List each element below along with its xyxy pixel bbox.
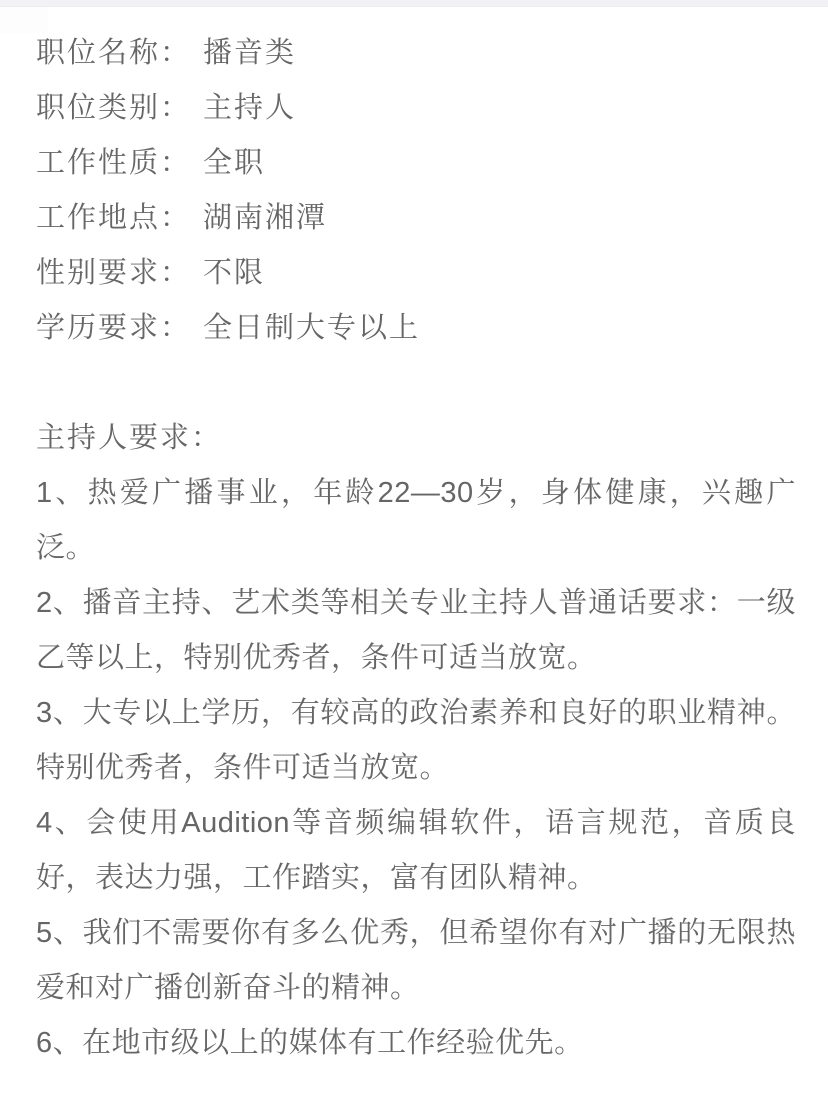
job-info-row-education: 学历要求：全日制大专以上 (36, 301, 796, 356)
job-info-row-position-name: 职位名称：播音类 (36, 26, 796, 81)
job-posting-content: 职位名称：播音类 职位类别：主持人 工作性质：全职 工作地点：湖南湘潭 性别要求… (36, 26, 796, 1071)
requirement-item-3: 3、大专以上学历，有较高的政治素养和良好的职业精神。特别优秀者，条件可适当放宽。 (36, 686, 796, 796)
field-value: 主持人 (203, 92, 296, 124)
field-colon: ： (160, 257, 191, 289)
field-value: 湖南湘潭 (203, 202, 327, 234)
job-info-row-position-category: 职位类别：主持人 (36, 81, 796, 136)
job-posting-page: 职位名称：播音类 职位类别：主持人 工作性质：全职 工作地点：湖南湘潭 性别要求… (0, 0, 828, 1097)
field-colon: ： (160, 37, 191, 69)
field-colon: ： (160, 202, 191, 234)
field-label: 学历要求 (36, 312, 160, 344)
requirement-item-5: 5、我们不需要你有多么优秀，但希望你有对广播的无限热爱和对广播创新奋斗的精神。 (36, 906, 796, 1016)
field-label: 职位名称 (36, 37, 160, 69)
job-info-row-job-type: 工作性质：全职 (36, 136, 796, 191)
field-colon: ： (160, 312, 191, 344)
field-value: 不限 (203, 257, 265, 289)
field-value: 播音类 (203, 37, 296, 69)
requirement-item-6: 6、在地市级以上的媒体有工作经验优先。 (36, 1016, 796, 1071)
field-label: 性别要求 (36, 257, 160, 289)
field-value: 全职 (203, 147, 265, 179)
requirements-list: 1、热爱广播事业，年龄22—30岁，身体健康，兴趣广泛。 2、播音主持、艺术类等… (36, 466, 796, 1071)
job-info-list: 职位名称：播音类 职位类别：主持人 工作性质：全职 工作地点：湖南湘潭 性别要求… (36, 26, 796, 356)
requirements-heading: 主持人要求： (36, 411, 796, 466)
requirement-item-1: 1、热爱广播事业，年龄22—30岁，身体健康，兴趣广泛。 (36, 466, 796, 576)
field-colon: ： (160, 147, 191, 179)
requirement-item-4: 4、会使用Audition等音频编辑软件，语言规范，音质良好，表达力强，工作踏实… (36, 796, 796, 906)
requirement-item-2: 2、播音主持、艺术类等相关专业主持人普通话要求：一级乙等以上，特别优秀者，条件可… (36, 576, 796, 686)
job-info-row-gender: 性别要求：不限 (36, 246, 796, 301)
field-colon: ： (160, 92, 191, 124)
field-label: 工作性质 (36, 147, 160, 179)
field-label: 工作地点 (36, 202, 160, 234)
field-value: 全日制大专以上 (203, 312, 420, 344)
field-label: 职位类别 (36, 92, 160, 124)
job-info-row-location: 工作地点：湖南湘潭 (36, 191, 796, 246)
top-edge-artifact (0, 0, 828, 7)
